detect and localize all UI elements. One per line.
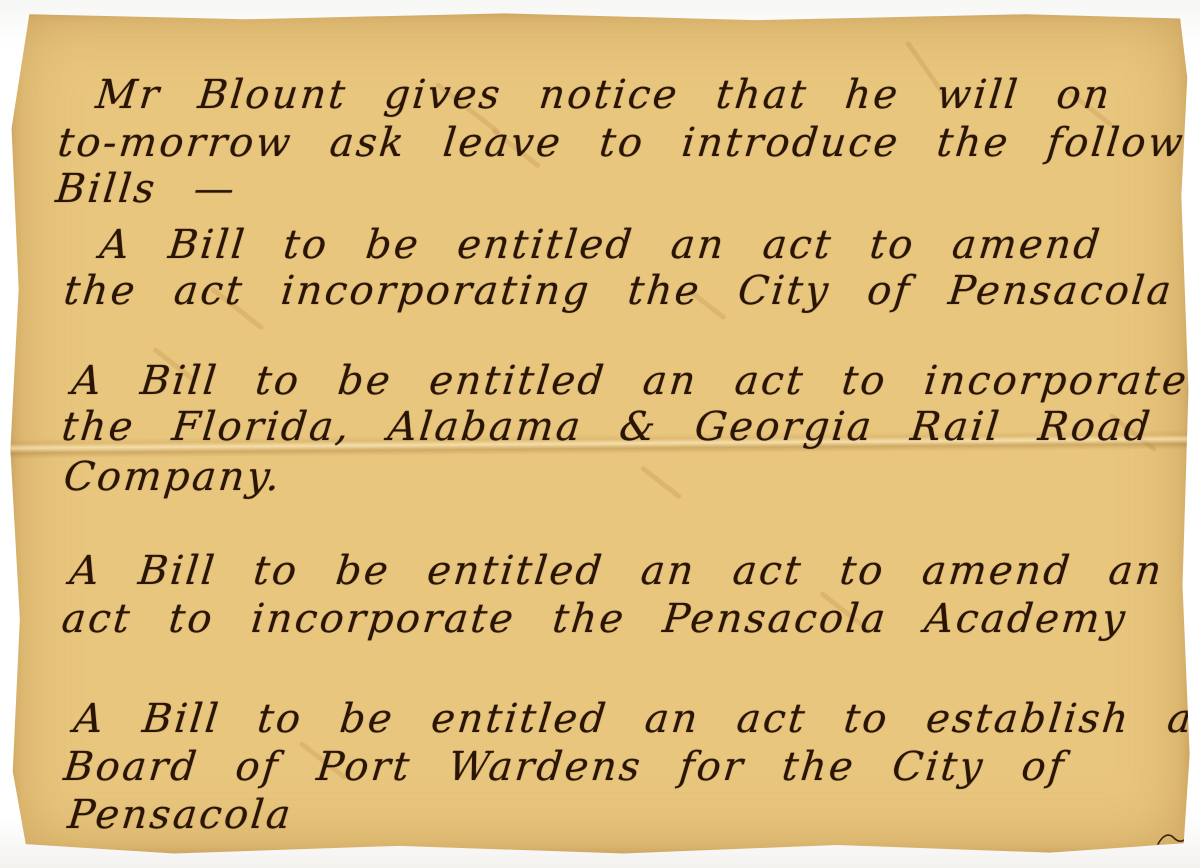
handwritten-line: act to incorporate the Pensacola Academy	[60, 596, 1130, 642]
handwritten-line: Company.	[62, 454, 285, 500]
handwritten-line: Pensacola	[66, 792, 295, 838]
handwritten-line: to-morrow ask leave to introduce the fol…	[56, 120, 1200, 166]
manuscript-page: Mr Blount gives notice that he will on t…	[8, 10, 1192, 856]
handwritten-line: A Bill to be entitled an act to amend	[98, 222, 1105, 268]
handwritten-line: Mr Blount gives notice that he will on	[94, 72, 1114, 118]
ink-bleed-stroke	[640, 465, 682, 500]
handwritten-line: Board of Port Wardens for the City of	[62, 744, 1068, 790]
handwritten-line: A Bill to be entitled an act to amend an	[68, 548, 1166, 594]
scan-background: Mr Blount gives notice that he will on t…	[0, 0, 1200, 868]
handwritten-line: A Bill to be entitled an act to incorpor…	[70, 358, 1191, 404]
handwritten-line: A Bill to be entitled an act to establis…	[72, 696, 1197, 742]
stray-ink-mark	[1156, 828, 1192, 850]
handwritten-line: Bills —	[54, 166, 239, 212]
handwritten-line: the act incorporating the City of Pensac…	[62, 268, 1176, 314]
handwritten-line: the Florida, Alabama & Georgia Rail Road	[60, 404, 1155, 450]
